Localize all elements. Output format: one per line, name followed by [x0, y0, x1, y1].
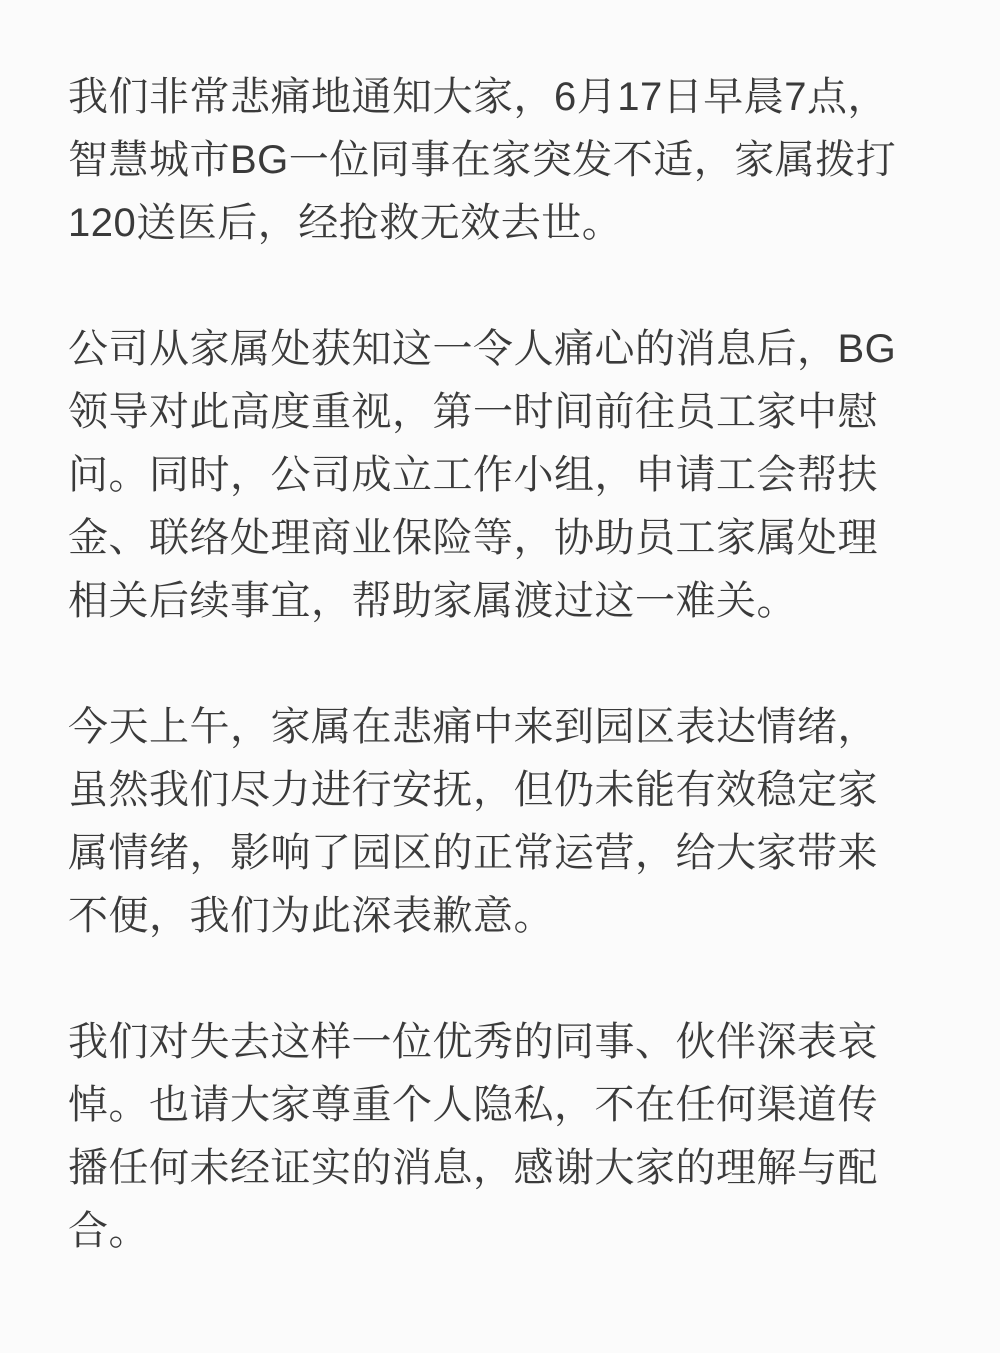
announcement-paragraph-4: 我们对失去这样一位优秀的同事、伙伴深表哀悼。也请大家尊重个人隐私，不在任何渠道传…	[68, 1011, 912, 1263]
announcement-paragraph-3: 今天上午，家属在悲痛中来到园区表达情绪，虽然我们尽力进行安抚，但仍未能有效稳定家…	[68, 696, 912, 948]
announcement-paragraph-2: 公司从家属处获知这一令人痛心的消息后，BG领导对此高度重视，第一时间前往员工家中…	[68, 318, 912, 633]
announcement-document: 我们非常悲痛地通知大家，6月17日早晨7点，智慧城市BG一位同事在家突发不适，家…	[0, 0, 1000, 1263]
page: { "page": { "background_color": "#fbfbfb…	[0, 0, 1000, 1353]
announcement-paragraph-1: 我们非常悲痛地通知大家，6月17日早晨7点，智慧城市BG一位同事在家突发不适，家…	[68, 66, 912, 255]
